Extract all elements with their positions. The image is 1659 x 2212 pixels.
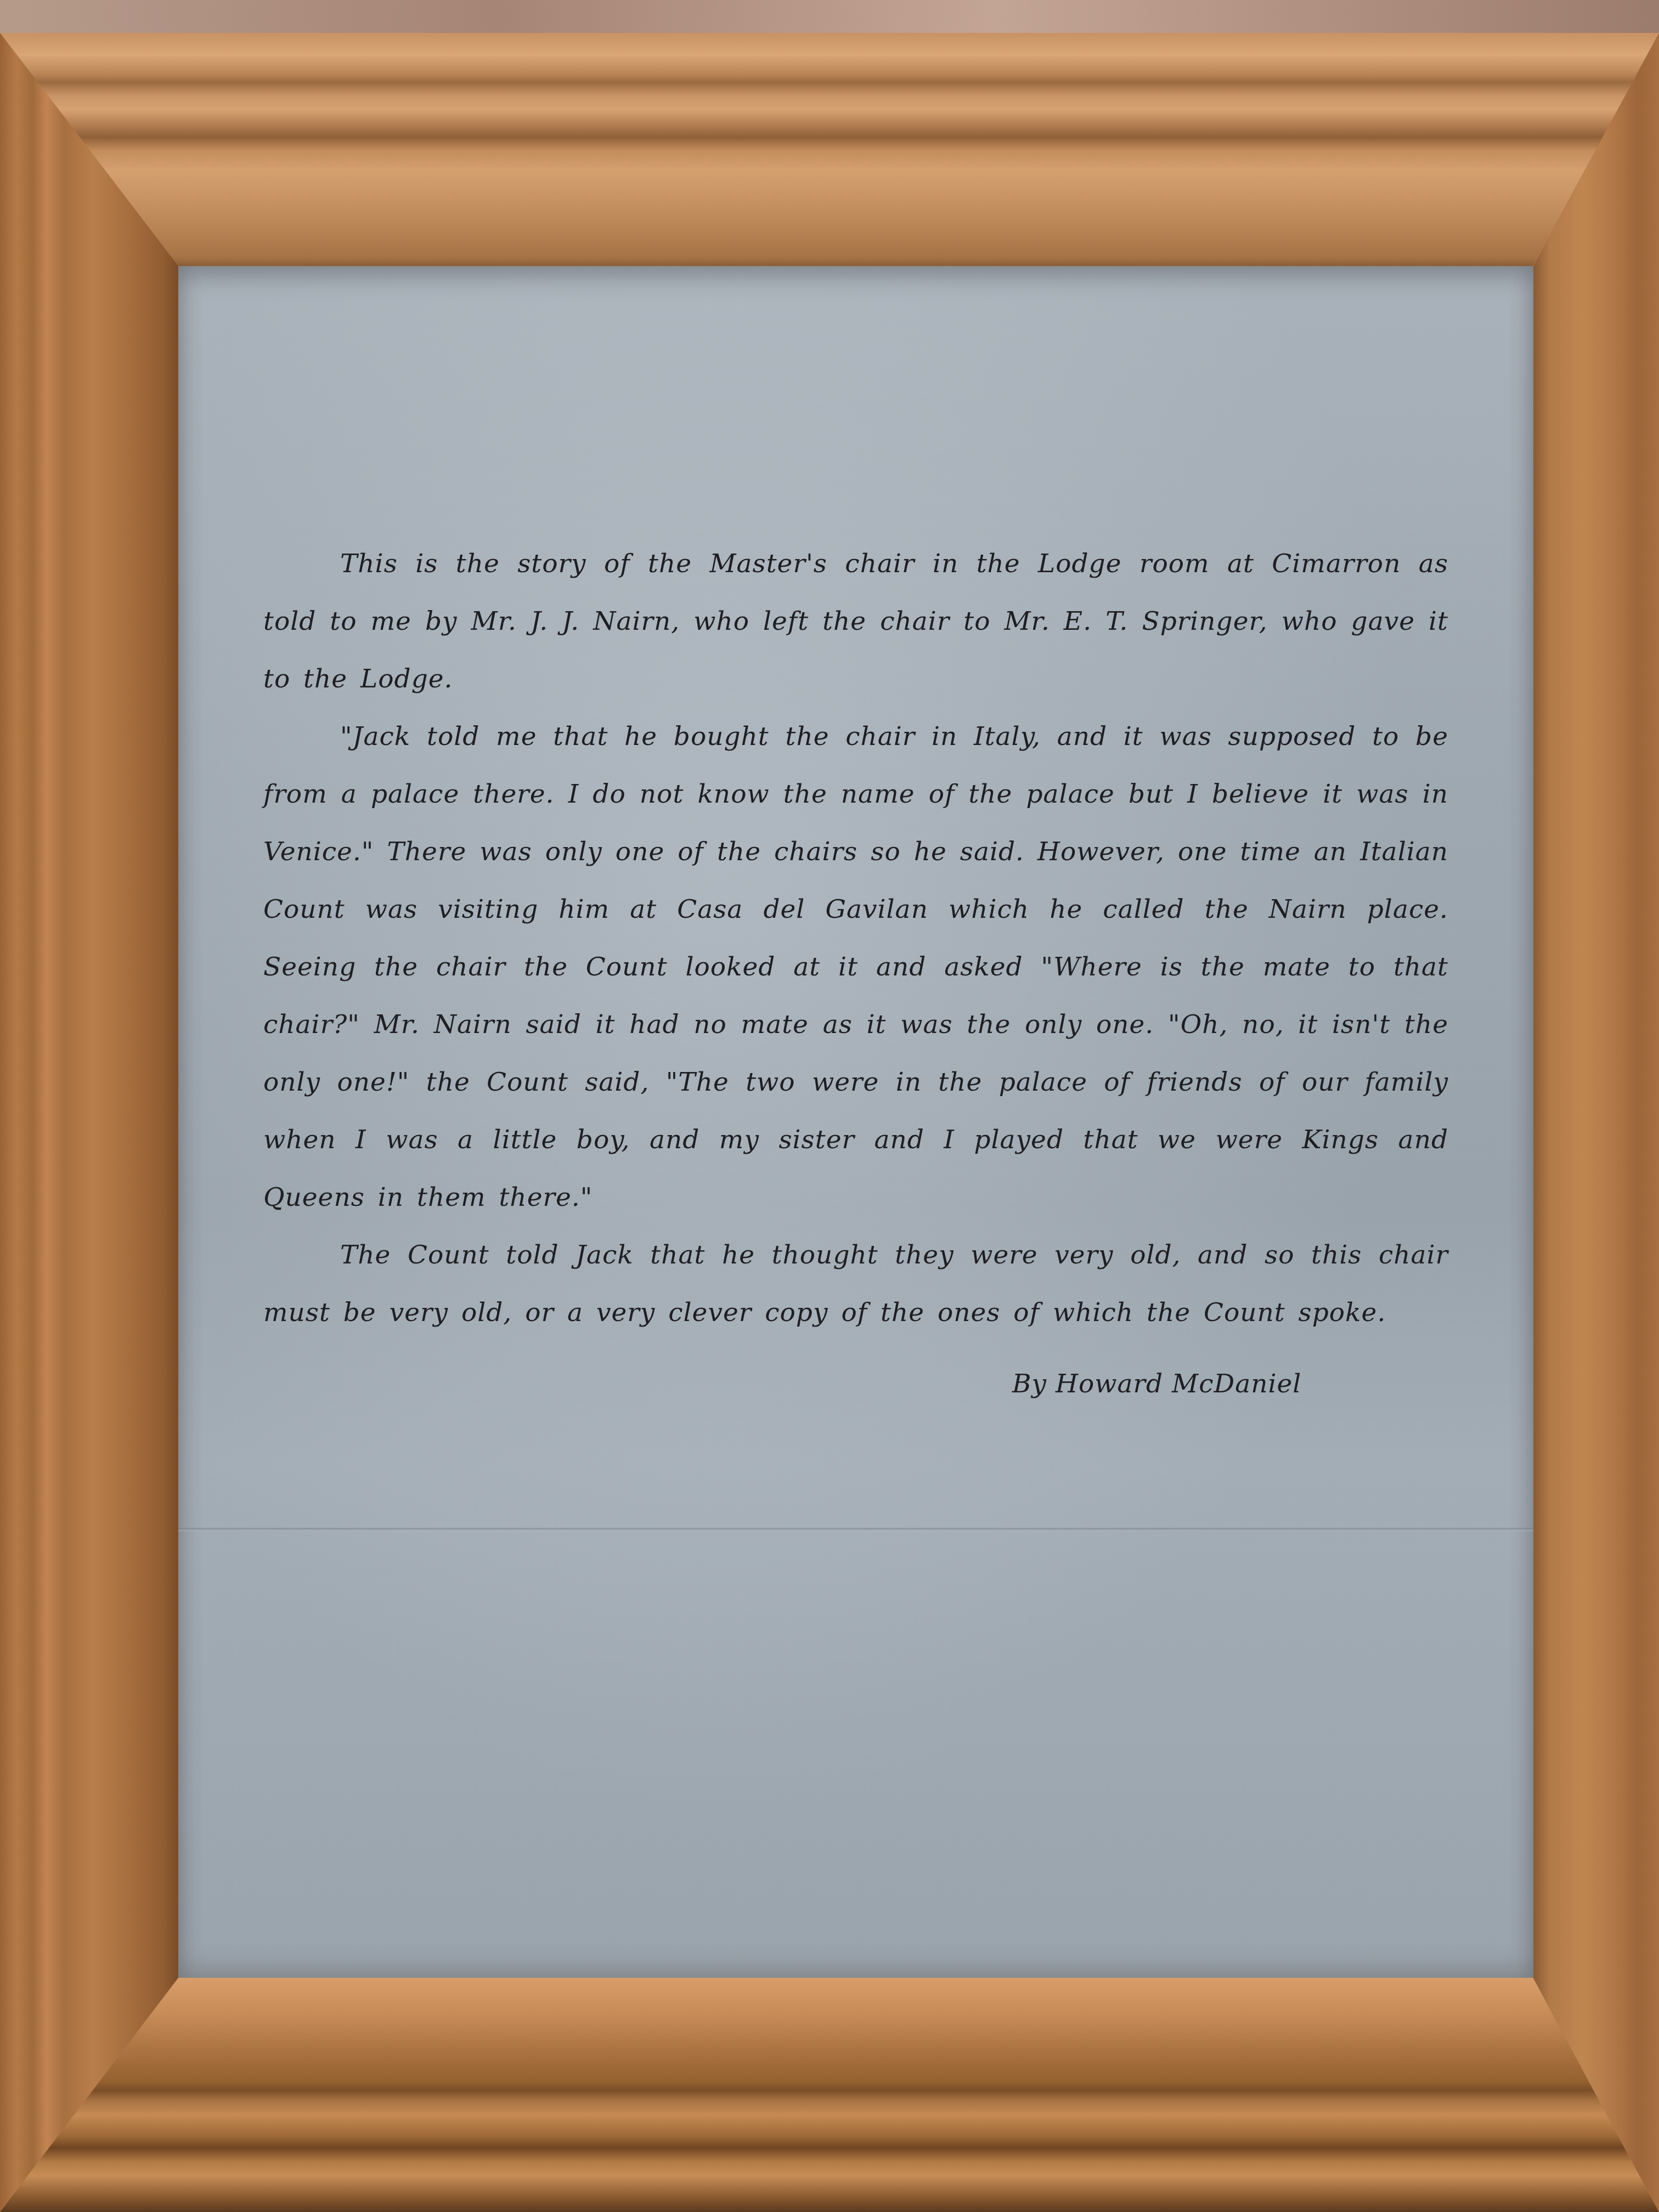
paragraph-conclusion: The Count told Jack that he thought they… bbox=[263, 1226, 1448, 1341]
frame-right-rail bbox=[1533, 33, 1659, 2212]
paper-fold-crease bbox=[178, 1528, 1533, 1531]
frame-bottom-rail bbox=[0, 1978, 1659, 2212]
frame-top-rail bbox=[0, 33, 1659, 266]
author-signature: By Howard McDaniel bbox=[1012, 1369, 1301, 1399]
document-body: This is the story of the Master's chair … bbox=[263, 535, 1448, 1341]
paragraph-intro: This is the story of the Master's chair … bbox=[263, 535, 1448, 708]
frame-left-rail bbox=[0, 33, 178, 2212]
framed-document: This is the story of the Master's chair … bbox=[178, 266, 1533, 1978]
paragraph-story: "Jack told me that he bought the chair i… bbox=[263, 708, 1448, 1226]
